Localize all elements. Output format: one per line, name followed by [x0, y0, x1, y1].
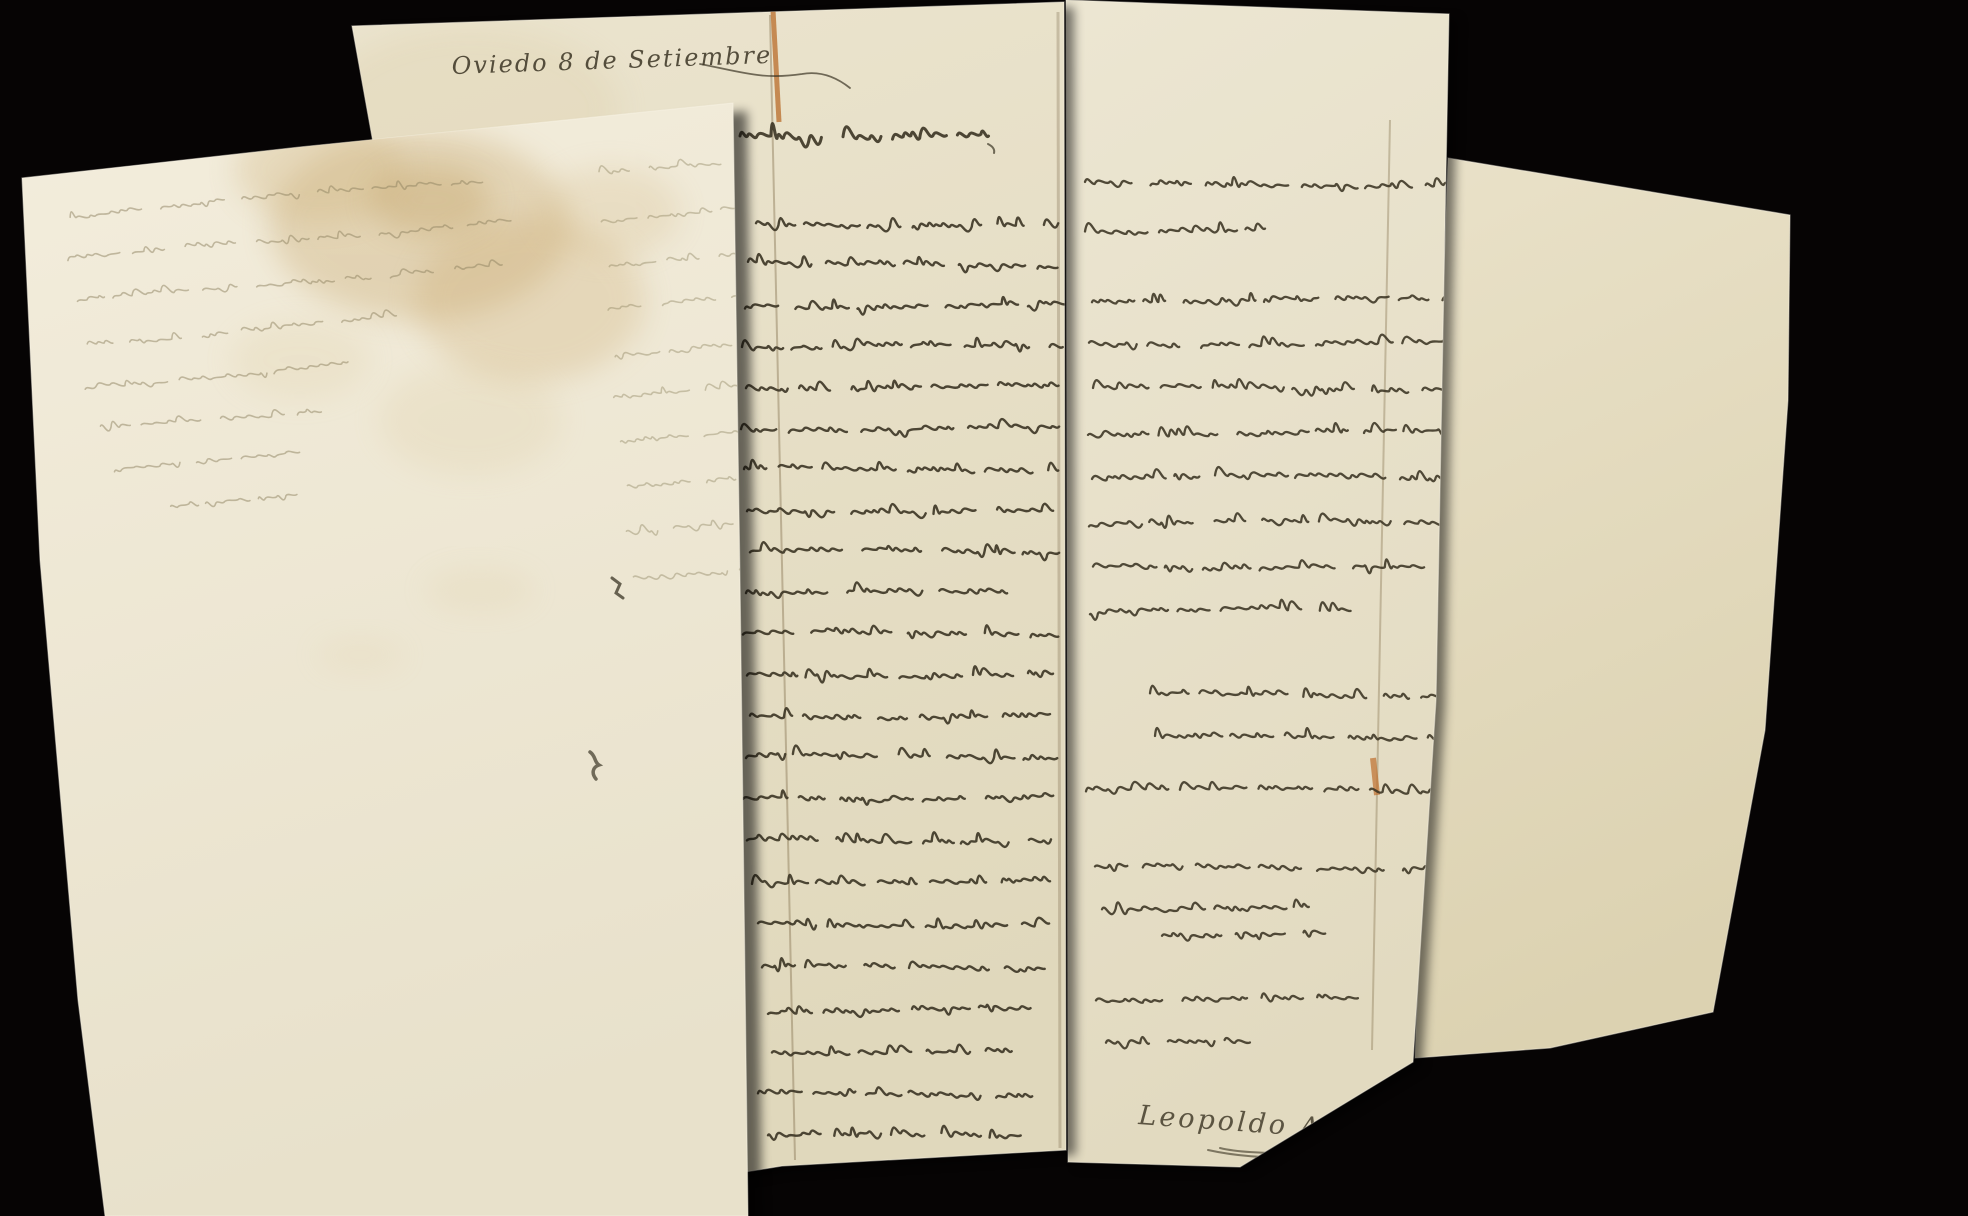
letter-page-blank-front-leaf	[22, 103, 770, 1216]
paper-stain	[230, 320, 370, 400]
letter-page-third-leaf: Leopoldo Alas	[1066, 0, 1455, 1167]
fold-crease	[1058, 12, 1060, 1148]
paper-sheet	[1066, 0, 1449, 1167]
paper-stain	[540, 167, 680, 257]
paper-stain	[425, 568, 535, 612]
paper-stain	[315, 637, 405, 673]
letters-photo-canvas: Leopoldo AlasLeopoldo AlasOviedo 8 de Se…	[0, 0, 1968, 1216]
letters-photo-svg: Leopoldo AlasLeopoldo AlasOviedo 8 de Se…	[0, 0, 1968, 1216]
photo-of-handwritten-letters: Leopoldo AlasLeopoldo AlasOviedo 8 de Se…	[0, 0, 1968, 1216]
paper-stain	[378, 365, 562, 475]
